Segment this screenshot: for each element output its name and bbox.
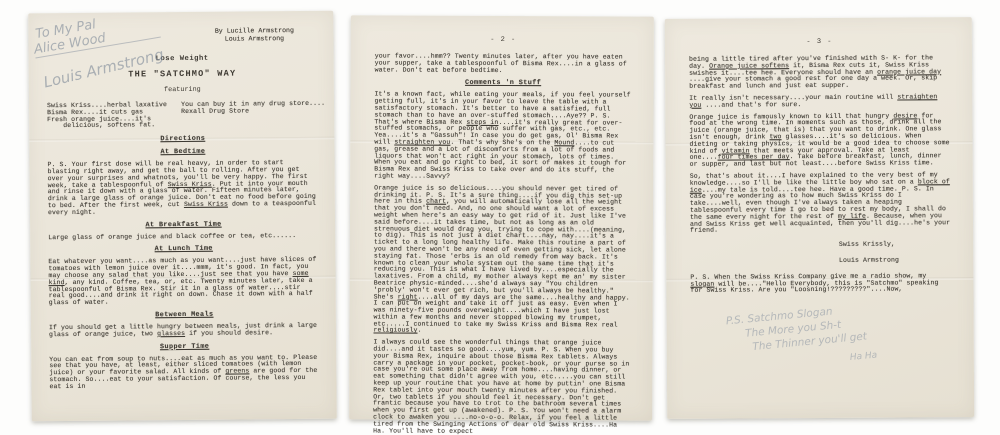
- body-paragraph: It really isn't necessary....your main r…: [689, 94, 950, 109]
- page-number: - 2 -: [375, 35, 632, 44]
- doc-title-small: Lose Weight: [47, 54, 318, 64]
- body-paragraph: I always could see the wonderful things …: [373, 340, 630, 435]
- page-2: - 2 -your favor....hmm?? Twenty minutes …: [349, 15, 654, 420]
- product-list: Swiss Kriss....herbal laxativeBisma Rex.…: [47, 101, 318, 131]
- body-paragraph: So, that's about it....I have explained …: [690, 172, 951, 235]
- page-3-content: - 3 -being a little tired after you've f…: [665, 17, 974, 419]
- section-heading: Between Meals: [49, 310, 320, 320]
- page-2-content: - 2 -your favor....hmm?? Twenty minutes …: [349, 15, 654, 420]
- section-heading: At Breakfast Time: [48, 219, 319, 229]
- body-paragraph: Orange juice is famously known to kill t…: [689, 113, 950, 169]
- product-left-column: Swiss Kriss....herbal laxativeBisma Rex.…: [47, 102, 167, 130]
- body-paragraph: your favor....hmm?? Twenty minutes later…: [375, 53, 632, 75]
- section-heading: At Bedtime: [47, 147, 318, 157]
- page-number: - 3 -: [689, 37, 950, 47]
- body-paragraph: Large glass of orange juice and black co…: [48, 232, 319, 241]
- photo-of-documents: To My PalAlice WoodLouis ArmstrongBy Luc…: [0, 0, 1000, 435]
- page-1: To My PalAlice WoodLouis ArmstrongBy Luc…: [28, 11, 337, 422]
- body-paragraph: Eat whatever you want....as much as you …: [48, 257, 319, 307]
- section-heading: Supper Time: [49, 341, 320, 351]
- body-paragraph: Orange juice is so delicious....you shou…: [373, 185, 631, 336]
- postscript-paragraph: P. S. When the Swiss Kriss Company give …: [690, 273, 951, 295]
- featuring-label: featuring: [47, 85, 318, 95]
- handwritten-slogan: P.S. Satchmo SloganThe More you Sh-tThe …: [725, 294, 954, 377]
- section-heading: Directions: [47, 134, 318, 144]
- body-paragraph: It's a known fact, while eating your mea…: [374, 92, 631, 181]
- signature-block: Swiss Krissly,Louis Armstrong: [839, 241, 951, 264]
- body-paragraph: P. S. Your first dose will be real heavy…: [48, 160, 319, 217]
- byline: By Lucille ArmstrongLouis Armstrong: [195, 27, 313, 43]
- body-paragraph: If you should get a little hungry betwee…: [49, 323, 320, 339]
- body-paragraph: You can eat from soup to nuts....eat as …: [49, 354, 320, 390]
- section-heading: Comments 'n Stuff: [375, 79, 632, 88]
- body-paragraph: being a little tired after you've finish…: [689, 55, 950, 91]
- page-1-content: To My PalAlice WoodLouis ArmstrongBy Luc…: [28, 11, 337, 422]
- where-to-buy-column: You can buy it in any drug store....Rexa…: [181, 101, 325, 129]
- doc-title-main: THE "SATCHMO" WAY: [47, 68, 318, 80]
- section-heading: At Lunch Time: [48, 244, 319, 254]
- page-3: - 3 -being a little tired after you've f…: [665, 17, 974, 419]
